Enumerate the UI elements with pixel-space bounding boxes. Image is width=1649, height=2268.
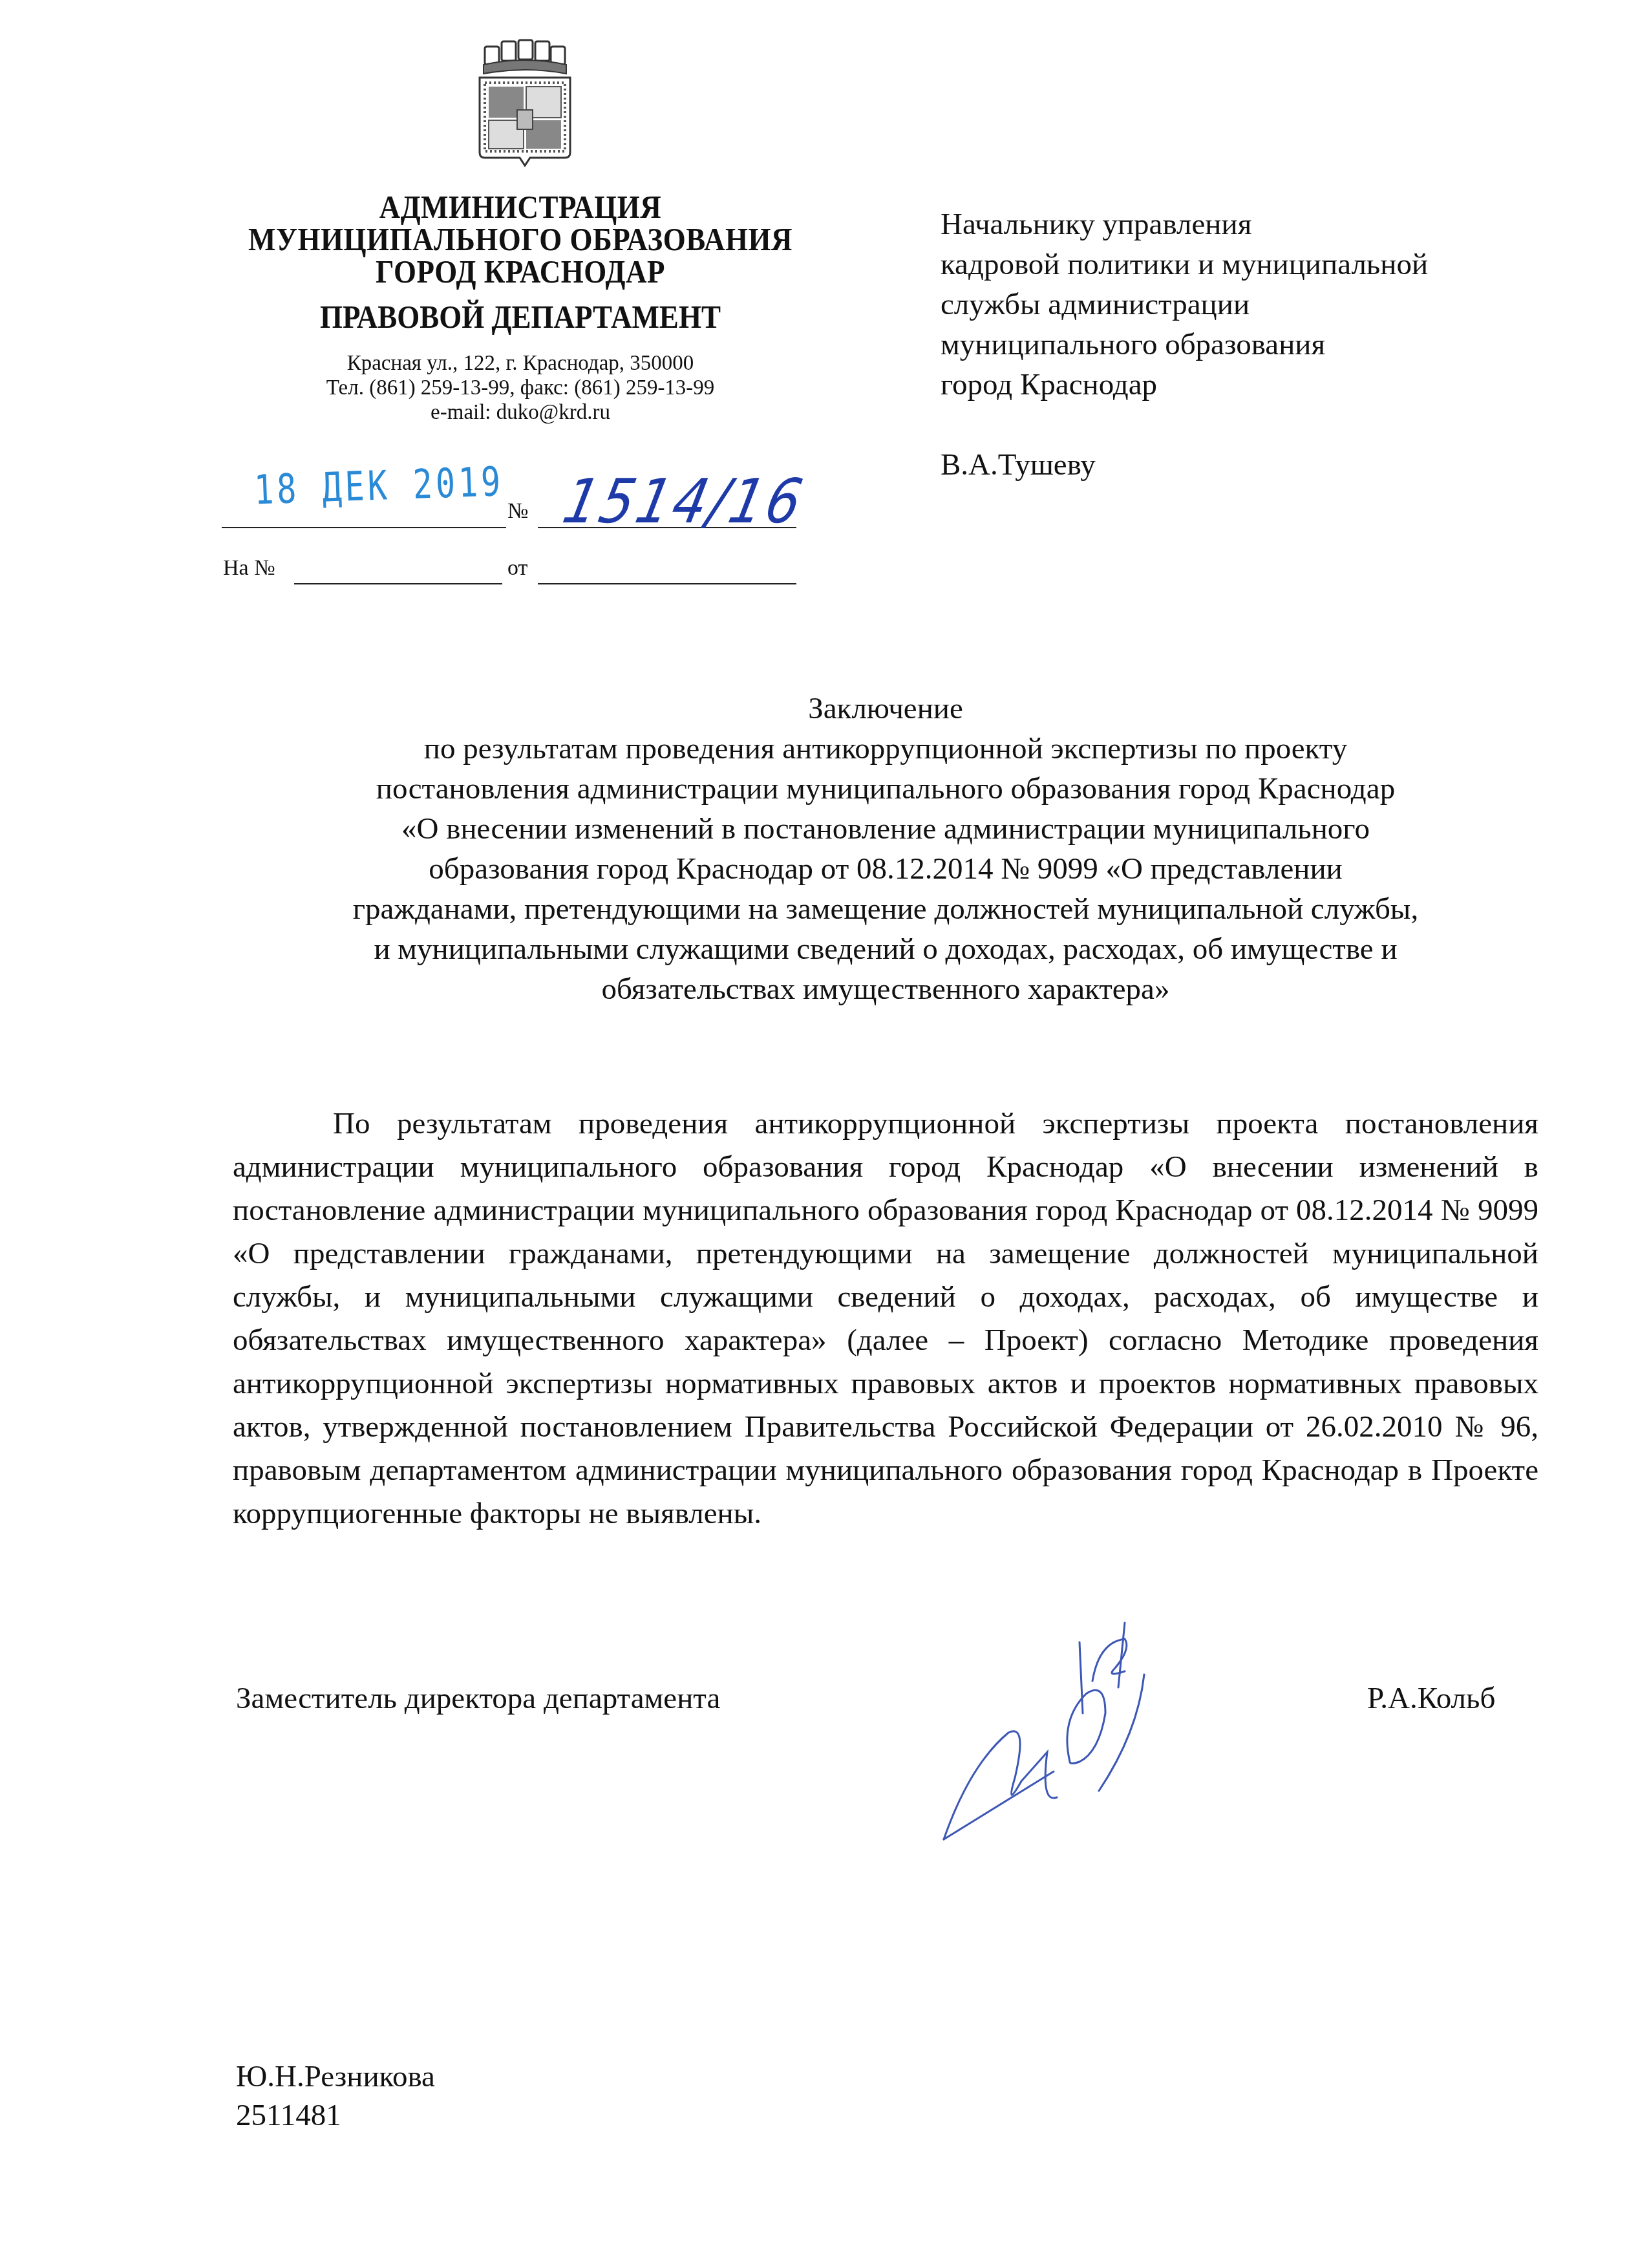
- letterhead-contacts: Красная ул., 122, г. Краснодар, 350000 Т…: [213, 351, 827, 425]
- city-coat-of-arms-icon: [471, 37, 574, 167]
- recipient-block: Начальнику управления кадровой политики …: [941, 204, 1428, 485]
- title-line: по результатам проведения антикоррупцион…: [233, 729, 1538, 769]
- executor-phone: 2511481: [236, 2096, 435, 2135]
- org-line-1: АДМИНИСТРАЦИЯ: [213, 189, 827, 225]
- title-heading: Заключение: [233, 689, 1538, 729]
- title-line: и муниципальными служащими сведений о до…: [233, 929, 1538, 969]
- date-stamp: 18 ДЕК 2019: [253, 458, 504, 514]
- title-line: образования город Краснодар от 08.12.201…: [233, 849, 1538, 889]
- executor-name: Ю.Н.Резникова: [236, 2057, 435, 2096]
- signer-name: Р.А.Кольб: [1367, 1681, 1495, 1716]
- org-line-2: МУНИЦИПАЛЬНОГО ОБРАЗОВАНИЯ: [213, 221, 827, 257]
- document-title: Заключение по результатам проведения ант…: [233, 689, 1538, 1009]
- title-line: «О внесении изменений в постановление ад…: [233, 809, 1538, 849]
- recipient-line-4: муниципального образования: [941, 325, 1428, 365]
- executor-block: Ю.Н.Резникова 2511481: [236, 2057, 435, 2135]
- title-line: гражданами, претендующими на замещение д…: [233, 889, 1538, 929]
- phone-fax: Тел. (861) 259-13-99, факс: (861) 259-13…: [213, 376, 827, 400]
- handwritten-signature-icon: [931, 1603, 1267, 1849]
- recipient-name: В.А.Тушеву: [941, 445, 1428, 485]
- letterhead-org: АДМИНИСТРАЦИЯ МУНИЦИПАЛЬНОГО ОБРАЗОВАНИЯ…: [213, 189, 827, 286]
- signer-position: Заместитель директора департамента: [236, 1681, 720, 1716]
- title-line: обязательствах имущественного характера»: [233, 969, 1538, 1009]
- body-paragraph: По результатам проведения антикоррупцион…: [233, 1102, 1538, 1535]
- number-label: №: [507, 499, 528, 524]
- recipient-line-2: кадровой политики и муниципальной: [941, 244, 1428, 284]
- recipient-line-3: службы администрации: [941, 284, 1428, 325]
- title-line: постановления администрации муниципально…: [233, 769, 1538, 809]
- from-label: от: [507, 556, 527, 581]
- org-line-3: ГОРОД КРАСНОДАР: [213, 253, 827, 290]
- department-name: ПРАВОВОЙ ДЕПАРТАМЕНТ: [213, 299, 827, 335]
- reply-label: На №: [223, 556, 275, 581]
- outgoing-number: 1514/16: [557, 467, 811, 537]
- recipient-line-1: Начальнику управления: [941, 204, 1428, 244]
- reply-date-line: [538, 583, 796, 584]
- address: Красная ул., 122, г. Краснодар, 350000: [213, 351, 827, 376]
- date-line: [222, 527, 506, 528]
- recipient-line-5: город Краснодар: [941, 365, 1428, 405]
- email: e-mail: duko@krd.ru: [213, 400, 827, 425]
- reply-number-line: [294, 583, 502, 584]
